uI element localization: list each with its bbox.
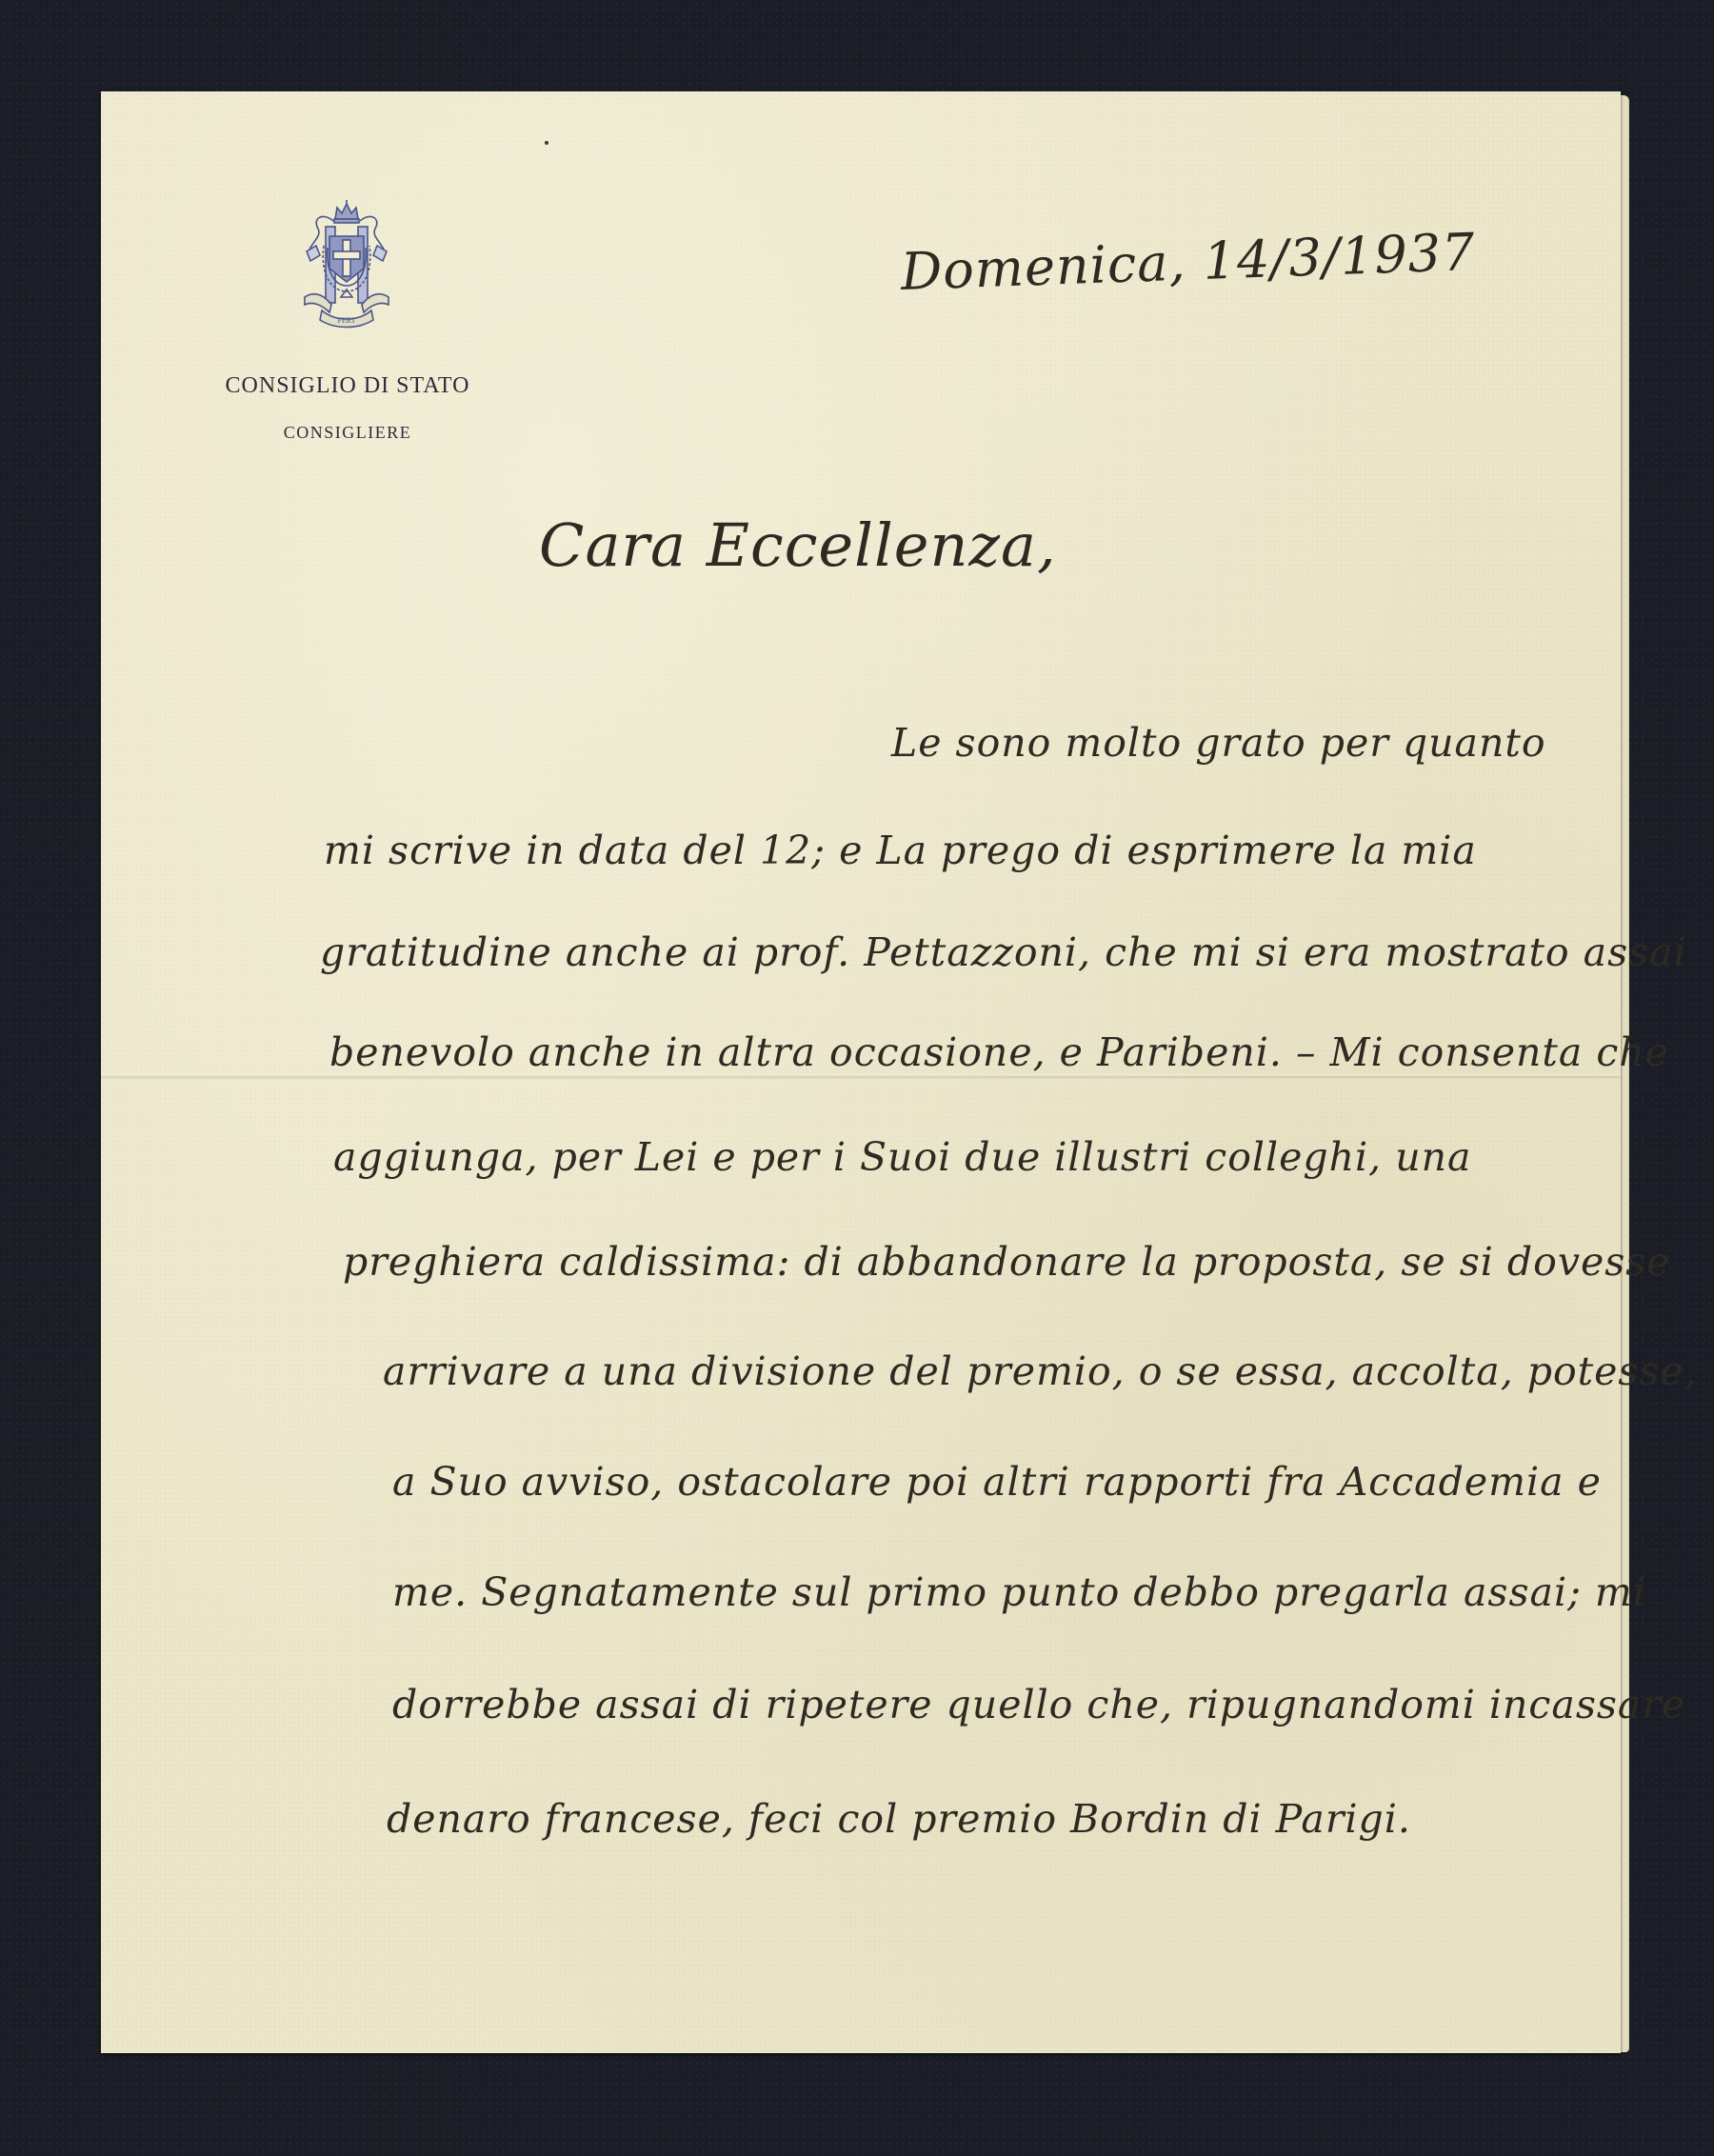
savoy-crest-icon: FERT [303,198,390,331]
body-line: dorrebbe assai di ripetere quello che, r… [392,1682,1685,1727]
body-line: mi scrive in data del 12; e La prego di … [324,828,1477,873]
body-line: me. Segnatamente sul primo punto debbo p… [392,1569,1646,1615]
letterhead-subtitle: CONSIGLIERE [101,423,594,443]
letter-date: Domenica, 14/3/1937 [900,222,1477,302]
body-line: preghiera caldissima: di abbandonare la … [343,1239,1671,1285]
body-line: arrivare a una divisione del premio, o s… [383,1348,1698,1394]
letter-greeting: Cara Eccellenza, [539,510,1057,580]
letter-page: FERT CONSIGLIO DI STATO CONSIGLIERE Dome… [101,91,1621,2053]
paper-speck [545,141,548,145]
body-line: gratitudine anche ai prof. Pettazzoni, c… [320,929,1687,975]
body-line: a Suo avviso, ostacolare poi altri rappo… [392,1459,1602,1505]
body-line: aggiunga, per Lei e per i Suoi due illus… [333,1134,1471,1180]
body-line: benevolo anche in altra occasione, e Par… [329,1029,1669,1075]
letterhead-title: CONSIGLIO DI STATO [101,373,594,399]
body-line: Le sono molto grato per quanto [891,720,1546,766]
body-line: denaro francese, feci col premio Bordin … [387,1796,1411,1842]
svg-text:FERT: FERT [337,316,355,325]
